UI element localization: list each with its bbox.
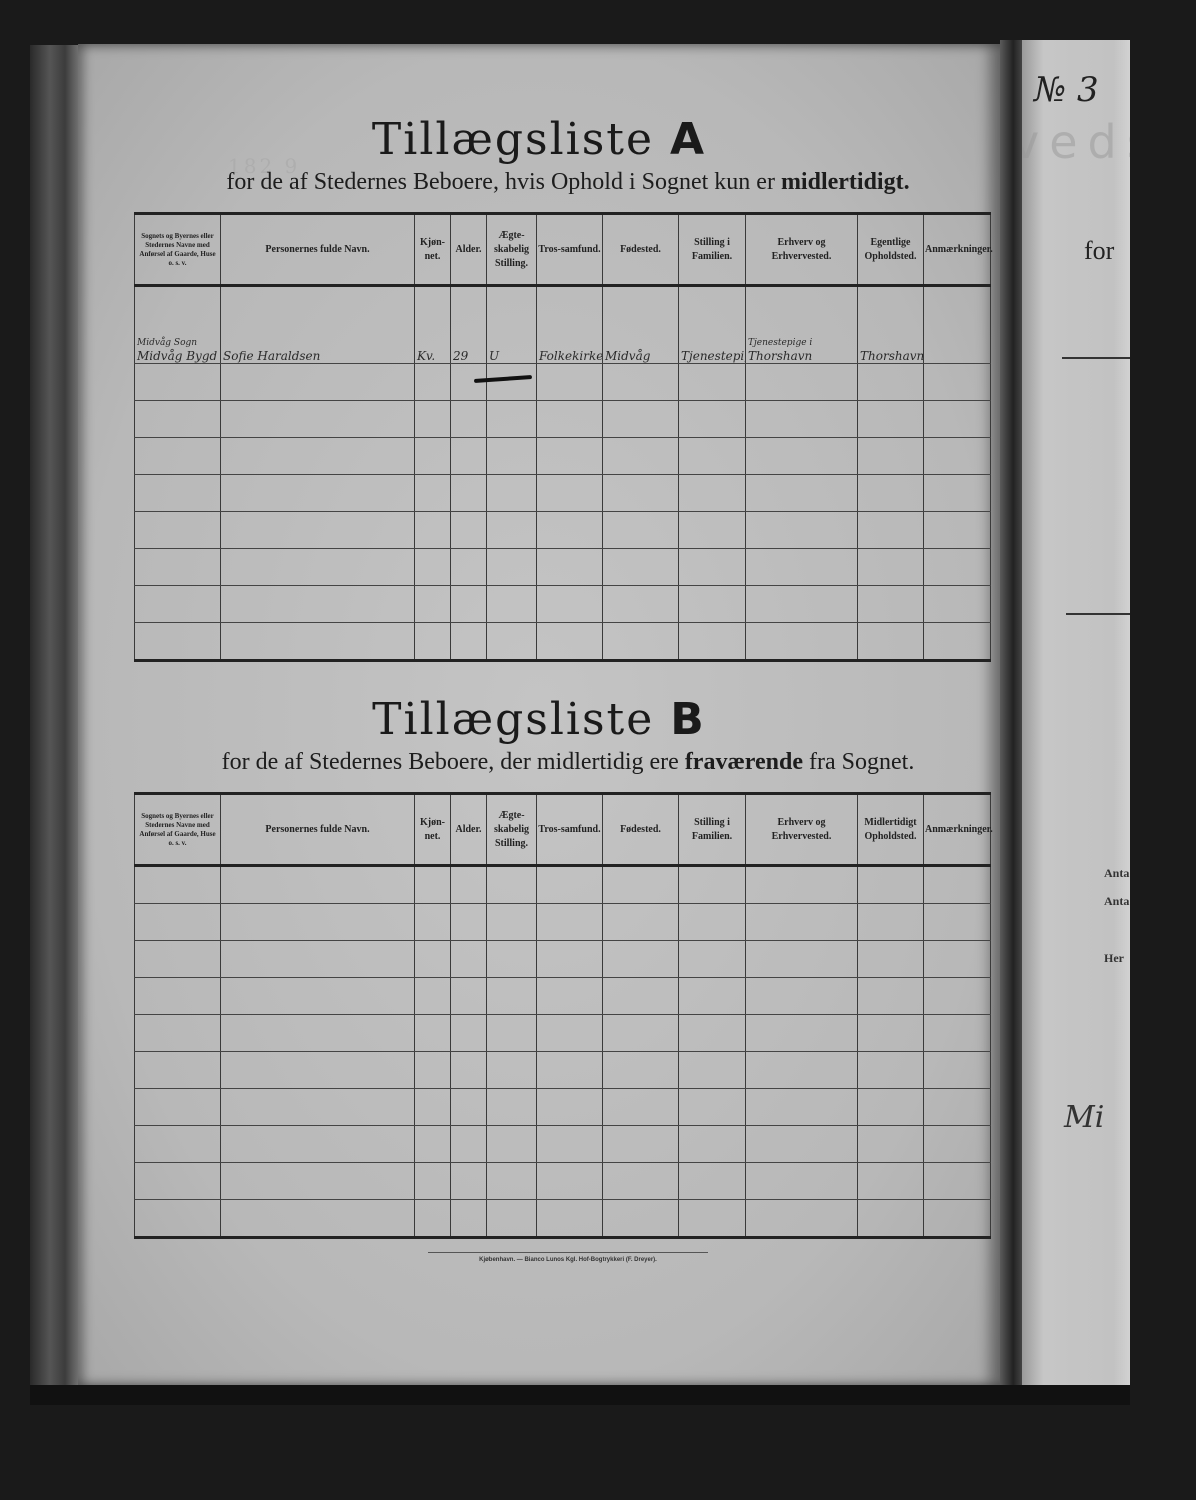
- empty-cell: [679, 586, 746, 623]
- empty-cell: [603, 866, 679, 904]
- empty-cell: [135, 1200, 221, 1238]
- empty-cell: [858, 364, 924, 401]
- empty-cell: [415, 475, 451, 512]
- empty-cell: [603, 1163, 679, 1200]
- empty-cell: [451, 512, 487, 549]
- count-label-2: Anta: [1104, 894, 1129, 909]
- empty-cell: [537, 904, 603, 941]
- here-label: Her: [1104, 951, 1124, 966]
- empty-cell: [679, 904, 746, 941]
- empty-cell: [487, 623, 537, 661]
- empty-cell: [487, 586, 537, 623]
- cell-occupation: Tjenestepige iThorshavn: [746, 286, 858, 364]
- empty-cell: [537, 1126, 603, 1163]
- empty-cell: [451, 1015, 487, 1052]
- empty-cell: [924, 904, 991, 941]
- empty-cell: [415, 1015, 451, 1052]
- empty-cell: [415, 438, 451, 475]
- table-row: [135, 1126, 991, 1163]
- empty-cell: [858, 549, 924, 586]
- empty-cell: [924, 1052, 991, 1089]
- empty-cell: [415, 549, 451, 586]
- empty-cell: [221, 475, 415, 512]
- empty-cell: [537, 1015, 603, 1052]
- printer-imprint: Kjøbenhavn. — Bianco Lunos Kgl. Hof-Bogt…: [428, 1252, 708, 1263]
- empty-cell: [415, 364, 451, 401]
- empty-cell: [679, 1200, 746, 1238]
- empty-cell: [221, 623, 415, 661]
- cell-faith: Folkekirken: [537, 286, 603, 364]
- empty-cell: [603, 1126, 679, 1163]
- list-b-table: Sognets og Byernes eller Stedernes Navne…: [134, 792, 991, 1239]
- col-family-position: Stilling i Familien.: [679, 214, 746, 286]
- empty-cell: [415, 941, 451, 978]
- empty-cell: [135, 586, 221, 623]
- empty-cell: [487, 549, 537, 586]
- empty-cell: [537, 586, 603, 623]
- empty-cell: [451, 1200, 487, 1238]
- for-label: for: [1084, 236, 1114, 266]
- cell-place: Midvåg SognMidvåg Bygd: [135, 286, 221, 364]
- empty-cell: [679, 1126, 746, 1163]
- empty-cell: [451, 623, 487, 661]
- table-row: [135, 1163, 991, 1200]
- empty-cell: [451, 978, 487, 1015]
- empty-cell: [746, 438, 858, 475]
- empty-cell: [135, 401, 221, 438]
- empty-cell: [451, 475, 487, 512]
- table-row: Midvåg SognMidvåg Bygd Sofie Haraldsen K…: [135, 286, 991, 364]
- empty-cell: [746, 1089, 858, 1126]
- empty-cell: [487, 475, 537, 512]
- col-residence: Egentlige Opholdsted.: [858, 214, 924, 286]
- empty-cell: [679, 1015, 746, 1052]
- empty-cell: [679, 941, 746, 978]
- empty-cell: [746, 623, 858, 661]
- col-age: Alder.: [451, 794, 487, 866]
- empty-cell: [537, 978, 603, 1015]
- table-row: [135, 623, 991, 661]
- table-row: [135, 549, 991, 586]
- empty-cell: [858, 1052, 924, 1089]
- empty-cell: [135, 549, 221, 586]
- empty-cell: [924, 438, 991, 475]
- col-age: Alder.: [451, 214, 487, 286]
- empty-cell: [487, 866, 537, 904]
- empty-cell: [924, 475, 991, 512]
- empty-cell: [746, 1200, 858, 1238]
- empty-cell: [135, 978, 221, 1015]
- cell-sex: Kv.: [415, 286, 451, 364]
- empty-cell: [487, 1163, 537, 1200]
- empty-cell: [487, 941, 537, 978]
- empty-cell: [487, 364, 537, 401]
- empty-cell: [746, 1015, 858, 1052]
- empty-cell: [135, 1015, 221, 1052]
- empty-cell: [924, 978, 991, 1015]
- empty-cell: [451, 1089, 487, 1126]
- cell-family-position: Tjenestepige: [679, 286, 746, 364]
- empty-cell: [924, 866, 991, 904]
- table-row: [135, 904, 991, 941]
- empty-cell: [415, 401, 451, 438]
- empty-cell: [603, 586, 679, 623]
- empty-cell: [746, 512, 858, 549]
- empty-cell: [135, 941, 221, 978]
- empty-cell: [537, 941, 603, 978]
- empty-cell: [451, 438, 487, 475]
- empty-cell: [415, 1052, 451, 1089]
- col-name: Personernes fulde Navn.: [221, 794, 415, 866]
- empty-cell: [451, 549, 487, 586]
- empty-cell: [924, 401, 991, 438]
- col-faith: Tros-samfund.: [537, 794, 603, 866]
- empty-cell: [221, 364, 415, 401]
- empty-cell: [415, 1126, 451, 1163]
- empty-cell: [924, 549, 991, 586]
- cell-remarks: [924, 286, 991, 364]
- empty-cell: [603, 978, 679, 1015]
- empty-cell: [679, 1052, 746, 1089]
- empty-cell: [537, 866, 603, 904]
- col-marital: Ægte-skabelig Stilling.: [487, 214, 537, 286]
- book-binding: [30, 45, 80, 1385]
- empty-cell: [603, 364, 679, 401]
- empty-cell: [603, 1200, 679, 1238]
- col-place: Sognets og Byernes eller Stedernes Navne…: [135, 794, 221, 866]
- empty-cell: [746, 475, 858, 512]
- empty-cell: [603, 623, 679, 661]
- empty-cell: [603, 512, 679, 549]
- empty-cell: [221, 1052, 415, 1089]
- empty-cell: [858, 1089, 924, 1126]
- col-place: Sognets og Byernes eller Stedernes Navne…: [135, 214, 221, 286]
- table-row: [135, 438, 991, 475]
- table-row: [135, 475, 991, 512]
- empty-cell: [858, 978, 924, 1015]
- table-row: [135, 364, 991, 401]
- col-occupation: Erhverv og Erhvervested.: [746, 214, 858, 286]
- empty-cell: [487, 1089, 537, 1126]
- table-row: [135, 978, 991, 1015]
- col-birthplace: Fødested.: [603, 214, 679, 286]
- empty-cell: [603, 549, 679, 586]
- empty-cell: [537, 475, 603, 512]
- empty-cell: [487, 904, 537, 941]
- col-name: Personernes fulde Navn.: [221, 214, 415, 286]
- empty-cell: [221, 1200, 415, 1238]
- empty-cell: [451, 586, 487, 623]
- empty-cell: [924, 1015, 991, 1052]
- table-row: [135, 941, 991, 978]
- table-row: [135, 1052, 991, 1089]
- empty-cell: [221, 401, 415, 438]
- empty-cell: [537, 1052, 603, 1089]
- empty-cell: [487, 978, 537, 1015]
- cell-residence: Thorshavn: [858, 286, 924, 364]
- table-row: [135, 1015, 991, 1052]
- empty-cell: [487, 1200, 537, 1238]
- empty-cell: [858, 401, 924, 438]
- empty-cell: [537, 549, 603, 586]
- empty-cell: [135, 623, 221, 661]
- empty-cell: [221, 978, 415, 1015]
- empty-cell: [221, 438, 415, 475]
- table-row: [135, 401, 991, 438]
- empty-cell: [135, 1052, 221, 1089]
- empty-cell: [679, 364, 746, 401]
- bottom-edge: [30, 1385, 1130, 1405]
- adjacent-page: № 3 veds for Anta Anta Her Mi: [1022, 40, 1130, 1390]
- col-sex: Kjøn-net.: [415, 794, 451, 866]
- empty-cell: [415, 512, 451, 549]
- empty-cell: [603, 1089, 679, 1126]
- empty-cell: [415, 586, 451, 623]
- signature-fragment: Mi: [1064, 1100, 1104, 1135]
- empty-cell: [487, 401, 537, 438]
- page-number-handwritten: № 3: [1034, 70, 1099, 110]
- empty-cell: [746, 586, 858, 623]
- empty-cell: [603, 941, 679, 978]
- empty-cell: [221, 512, 415, 549]
- empty-cell: [603, 1052, 679, 1089]
- empty-cell: [221, 1163, 415, 1200]
- empty-cell: [924, 1126, 991, 1163]
- empty-cell: [221, 866, 415, 904]
- empty-cell: [221, 1126, 415, 1163]
- empty-cell: [135, 364, 221, 401]
- empty-cell: [924, 941, 991, 978]
- cell-birthplace: Midvåg: [603, 286, 679, 364]
- document-page: 182 9 Tillægsliste A for de af Stedernes…: [78, 44, 1000, 1386]
- empty-cell: [221, 904, 415, 941]
- empty-cell: [415, 1089, 451, 1126]
- table-row: [135, 586, 991, 623]
- list-b-subtitle: for de af Stedernes Beboere, der midlert…: [168, 749, 968, 776]
- empty-cell: [221, 1015, 415, 1052]
- empty-cell: [135, 438, 221, 475]
- empty-cell: [537, 1163, 603, 1200]
- empty-cell: [221, 941, 415, 978]
- empty-cell: [746, 941, 858, 978]
- rule-line: [1066, 613, 1130, 615]
- empty-cell: [487, 1015, 537, 1052]
- table-row: [135, 1200, 991, 1238]
- cell-marital: U: [487, 286, 537, 364]
- empty-cell: [451, 1052, 487, 1089]
- empty-cell: [487, 1052, 537, 1089]
- empty-cell: [537, 512, 603, 549]
- empty-cell: [924, 1089, 991, 1126]
- table-row: [135, 512, 991, 549]
- empty-cell: [858, 586, 924, 623]
- empty-cell: [537, 1089, 603, 1126]
- empty-cell: [746, 549, 858, 586]
- empty-cell: [746, 364, 858, 401]
- empty-cell: [746, 1052, 858, 1089]
- empty-cell: [679, 623, 746, 661]
- list-a-header-row: Sognets og Byernes eller Stedernes Navne…: [135, 214, 991, 286]
- table-row: [135, 866, 991, 904]
- empty-cell: [537, 364, 603, 401]
- cell-name: Sofie Haraldsen: [221, 286, 415, 364]
- col-sex: Kjøn-net.: [415, 214, 451, 286]
- empty-cell: [679, 475, 746, 512]
- empty-cell: [135, 866, 221, 904]
- bleed-through-text: veds: [1022, 115, 1130, 169]
- empty-cell: [924, 1163, 991, 1200]
- list-a-title: Tillægsliste A: [78, 114, 1000, 165]
- empty-cell: [924, 1200, 991, 1238]
- empty-cell: [746, 401, 858, 438]
- empty-cell: [415, 1163, 451, 1200]
- cell-age: 29: [451, 286, 487, 364]
- empty-cell: [924, 512, 991, 549]
- table-row: [135, 1089, 991, 1126]
- empty-cell: [858, 866, 924, 904]
- empty-cell: [135, 475, 221, 512]
- empty-cell: [451, 401, 487, 438]
- empty-cell: [135, 904, 221, 941]
- empty-cell: [679, 401, 746, 438]
- list-a-letter: A: [670, 114, 706, 165]
- empty-cell: [679, 1089, 746, 1126]
- empty-cell: [746, 1163, 858, 1200]
- empty-cell: [858, 1126, 924, 1163]
- empty-cell: [679, 438, 746, 475]
- empty-cell: [679, 866, 746, 904]
- empty-cell: [603, 438, 679, 475]
- col-marital: Ægte-skabelig Stilling.: [487, 794, 537, 866]
- empty-cell: [746, 866, 858, 904]
- empty-cell: [537, 1200, 603, 1238]
- empty-cell: [924, 586, 991, 623]
- empty-cell: [679, 1163, 746, 1200]
- empty-cell: [135, 512, 221, 549]
- empty-cell: [221, 549, 415, 586]
- empty-cell: [679, 512, 746, 549]
- count-label-1: Anta: [1104, 866, 1129, 881]
- empty-cell: [537, 401, 603, 438]
- empty-cell: [451, 941, 487, 978]
- empty-cell: [415, 623, 451, 661]
- empty-cell: [487, 438, 537, 475]
- col-remarks: Anmærkninger.: [924, 794, 991, 866]
- empty-cell: [415, 866, 451, 904]
- empty-cell: [451, 1163, 487, 1200]
- list-b-title: Tillægsliste B: [78, 694, 1000, 745]
- list-b-letter: B: [670, 694, 706, 745]
- empty-cell: [746, 978, 858, 1015]
- empty-cell: [858, 438, 924, 475]
- empty-cell: [135, 1126, 221, 1163]
- col-temp-residence: Midlertidigt Opholdsted.: [858, 794, 924, 866]
- empty-cell: [415, 904, 451, 941]
- empty-cell: [415, 1200, 451, 1238]
- empty-cell: [924, 364, 991, 401]
- empty-cell: [679, 978, 746, 1015]
- empty-cell: [603, 475, 679, 512]
- empty-cell: [858, 1200, 924, 1238]
- empty-cell: [487, 1126, 537, 1163]
- empty-cell: [451, 904, 487, 941]
- empty-cell: [858, 623, 924, 661]
- empty-cell: [603, 904, 679, 941]
- empty-cell: [858, 1015, 924, 1052]
- empty-cell: [679, 549, 746, 586]
- empty-cell: [451, 866, 487, 904]
- page-gutter: [1000, 40, 1022, 1390]
- empty-cell: [858, 475, 924, 512]
- col-birthplace: Fødested.: [603, 794, 679, 866]
- empty-cell: [487, 512, 537, 549]
- empty-cell: [858, 941, 924, 978]
- empty-cell: [746, 904, 858, 941]
- list-a-subtitle: for de af Stedernes Beboere, hvis Ophold…: [168, 169, 968, 196]
- empty-cell: [537, 438, 603, 475]
- empty-cell: [746, 1126, 858, 1163]
- list-a-table: Sognets og Byernes eller Stedernes Navne…: [134, 212, 991, 662]
- empty-cell: [451, 1126, 487, 1163]
- list-b-header-row: Sognets og Byernes eller Stedernes Navne…: [135, 794, 991, 866]
- rule-line: [1062, 357, 1130, 359]
- col-faith: Tros-samfund.: [537, 214, 603, 286]
- empty-cell: [537, 623, 603, 661]
- col-occupation: Erhverv og Erhvervested.: [746, 794, 858, 866]
- empty-cell: [858, 1163, 924, 1200]
- col-family-position: Stilling i Familien.: [679, 794, 746, 866]
- empty-cell: [221, 1089, 415, 1126]
- empty-cell: [135, 1163, 221, 1200]
- empty-cell: [858, 904, 924, 941]
- empty-cell: [924, 623, 991, 661]
- col-remarks: Anmærkninger.: [924, 214, 991, 286]
- empty-cell: [858, 512, 924, 549]
- empty-cell: [603, 1015, 679, 1052]
- empty-cell: [415, 978, 451, 1015]
- empty-cell: [135, 1089, 221, 1126]
- empty-cell: [603, 401, 679, 438]
- empty-cell: [221, 586, 415, 623]
